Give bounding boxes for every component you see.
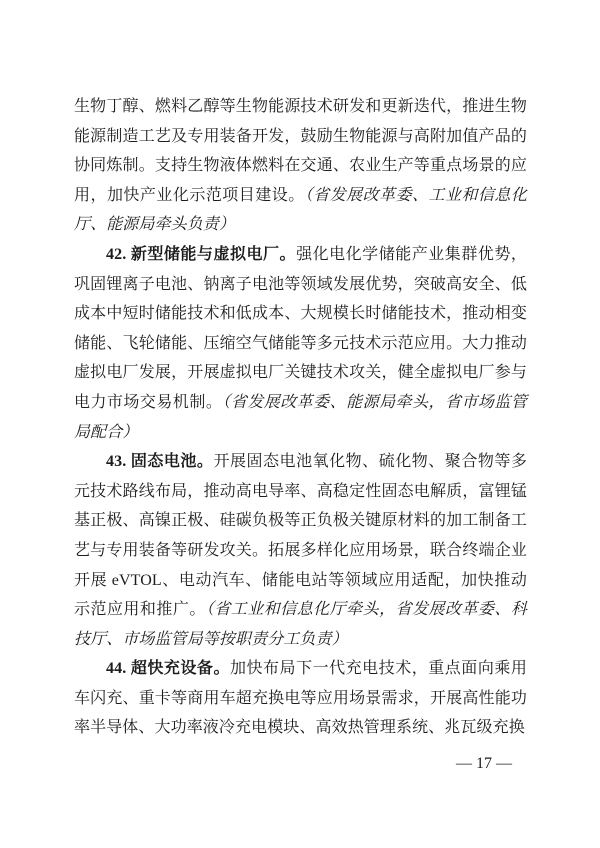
document-body: 生物丁醇、燃料乙醇等生物能源技术研发和更新迭代，推进生物能源制造工艺及专用装备开…: [74, 92, 527, 743]
item-title: 44. 超快充设备。: [106, 660, 230, 677]
paragraph-2: 42. 新型储能与虚拟电厂。强化电化学储能产业集群优势，巩固锂离子电池、钠离子电…: [74, 240, 527, 447]
paragraph-3: 43. 固态电池。开展固态电池氧化物、硫化物、聚合物等多元技术路线布局，推动高电…: [74, 447, 527, 654]
paragraph-4: 44. 超快充设备。加快布局下一代充电技术，重点面向乘用车闪充、重卡等商用车超充…: [74, 654, 527, 743]
page-number: — 17 —: [456, 755, 512, 772]
page-footer: — 17 —: [0, 752, 512, 776]
document-page: 生物丁醇、燃料乙醇等生物能源技术研发和更新迭代，推进生物能源制造工艺及专用装备开…: [0, 0, 600, 848]
item-title: 42. 新型储能与虚拟电厂。: [106, 246, 296, 263]
body-text: 强化电化学储能产业集群优势，巩固锂离子电池、钠离子电池等领域发展优势，突破高安全…: [74, 246, 527, 411]
paragraph-1: 生物丁醇、燃料乙醇等生物能源技术研发和更新迭代，推进生物能源制造工艺及专用装备开…: [74, 92, 527, 240]
body-text: 开展固态电池氧化物、硫化物、聚合物等多元技术路线布局，推动高电导率、高稳定性固态…: [74, 453, 527, 618]
item-title: 43. 固态电池。: [106, 453, 213, 470]
